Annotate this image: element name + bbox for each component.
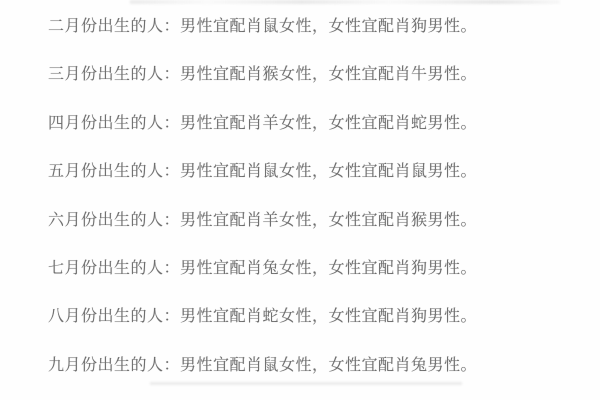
- top-crop-artifact: [130, 0, 560, 4]
- article-text-block: 二月份出生的人：男性宜配肖鼠女性，女性宜配肖狗男性。 三月份出生的人：男性宜配肖…: [0, 0, 600, 400]
- text-line-march: 三月份出生的人：男性宜配肖猴女性，女性宜配肖牛男性。: [48, 65, 580, 85]
- text-line-june: 六月份出生的人：男性宜配肖羊女性，女性宜配肖猴男性。: [48, 211, 580, 231]
- text-line-july: 七月份出生的人：男性宜配肖兔女性，女性宜配肖狗男性。: [48, 259, 580, 279]
- text-line-may: 五月份出生的人：男性宜配肖鼠女性，女性宜配肖鼠男性。: [48, 162, 580, 182]
- text-line-september: 九月份出生的人：男性宜配肖鼠女性，女性宜配肖兔男性。: [48, 356, 580, 376]
- text-line-august: 八月份出生的人：男性宜配肖蛇女性，女性宜配肖狗男性。: [48, 307, 580, 327]
- text-line-february: 二月份出生的人：男性宜配肖鼠女性，女性宜配肖狗男性。: [48, 17, 580, 37]
- bottom-crop-artifact: [150, 382, 462, 385]
- text-line-april: 四月份出生的人：男性宜配肖羊女性，女性宜配肖蛇男性。: [48, 114, 580, 134]
